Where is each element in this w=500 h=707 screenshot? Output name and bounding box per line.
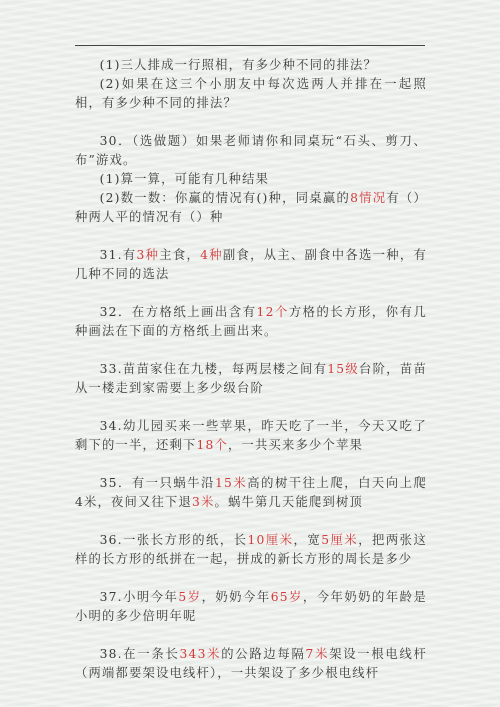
q35-text: 。蜗牛第几天能爬到树顶 [215, 495, 363, 509]
highlight-text: 65岁 [271, 590, 303, 604]
question-38: 38.在一条长343米的公路边每隔7米架设一根电线杆（两端都要架设电线杆），一共… [75, 645, 427, 683]
highlight-text: 343米 [180, 647, 222, 661]
highlight-text: 8情况 [350, 191, 386, 205]
q32-text: 32．在方格纸上画出含有 [100, 305, 257, 319]
highlight-text: 12个 [257, 305, 289, 319]
q35-text: 35．有一只蜗牛沿 [100, 476, 215, 490]
q37-text: 37.小明今年 [100, 590, 179, 604]
question-35: 35．有一只蜗牛沿15米高的树干往上爬，白天向上爬4米，夜间又往下退3米。蜗牛第… [75, 474, 427, 512]
q31-text: 主食， [159, 248, 200, 262]
highlight-text: 3种 [136, 248, 159, 262]
question-37: 37.小明今年5岁，奶奶今年65岁，今年奶奶的年龄是小明的多少倍明年呢 [75, 588, 427, 626]
q36-text: 36.一张长方形的纸，长 [100, 533, 248, 547]
highlight-text: 15级 [327, 362, 359, 376]
highlight-text: 3米 [192, 495, 215, 509]
question-34: 34.幼儿园买来一些苹果，昨天吃了一半，今天又吃了剩下的一半，还剩下18个，一共… [75, 417, 427, 455]
highlight-text: 18个 [196, 438, 228, 452]
q30-sub2: (2)数一数：你赢的情况有()种，同桌赢的8情况有（）种两人平的情况有（）种 [75, 189, 427, 227]
q37-text: ，奶奶今年 [202, 590, 271, 604]
document-page: (1)三人排成一行照相，有多少种不同的排法？ (2)如果在这三个小朋友中每次选两… [0, 0, 500, 707]
q34-text: ，一共买来多少个苹果 [228, 438, 363, 452]
highlight-text: 5厘米 [321, 533, 358, 547]
q29-sub1: (1)三人排成一行照相，有多少种不同的排法？ [75, 56, 427, 75]
highlight-text: 15米 [215, 476, 247, 490]
question-33: 33.苗苗家住在九楼，每两层楼之间有15级台阶，苗苗从一楼走到家需要上多少级台阶 [75, 360, 427, 398]
q30-stem: 30．（选做题）如果老师请你和同桌玩“石头、剪刀、布”游戏。 [75, 132, 427, 170]
highlight-text: 7米 [306, 647, 330, 661]
question-31: 31.有3种主食，4种副食，从主、副食中各选一种，有几种不同的选法 [75, 246, 427, 284]
q38-text: 38.在一条长 [100, 647, 180, 661]
header-rule [75, 45, 425, 46]
question-36: 36.一张长方形的纸，长10厘米，宽5厘米，把两张这样的长方形的纸拼在一起，拼成… [75, 531, 427, 569]
q33-text: 33.苗苗家住在九楼，每两层楼之间有 [100, 362, 328, 376]
q29-sub2: (2)如果在这三个小朋友中每次选两人并排在一起照相，有多少种不同的排法？ [75, 75, 427, 113]
document-content: (1)三人排成一行照相，有多少种不同的排法？ (2)如果在这三个小朋友中每次选两… [75, 56, 427, 683]
highlight-text: 5岁 [178, 590, 201, 604]
q30-sub1: (1)算一算，可能有几种结果 [75, 170, 427, 189]
q38-text: 的公路边每隔 [221, 647, 305, 661]
q36-text: ，宽 [294, 533, 322, 547]
question-32: 32．在方格纸上画出含有12个方格的长方形，你有几种画法在下面的方格纸上画出来。 [75, 303, 427, 341]
q31-text: 31.有 [100, 248, 137, 262]
q30-sub2-text: (2)数一数：你赢的情况有()种，同桌赢的 [100, 191, 350, 205]
highlight-text: 10厘米 [248, 533, 294, 547]
highlight-text: 4种 [200, 248, 223, 262]
